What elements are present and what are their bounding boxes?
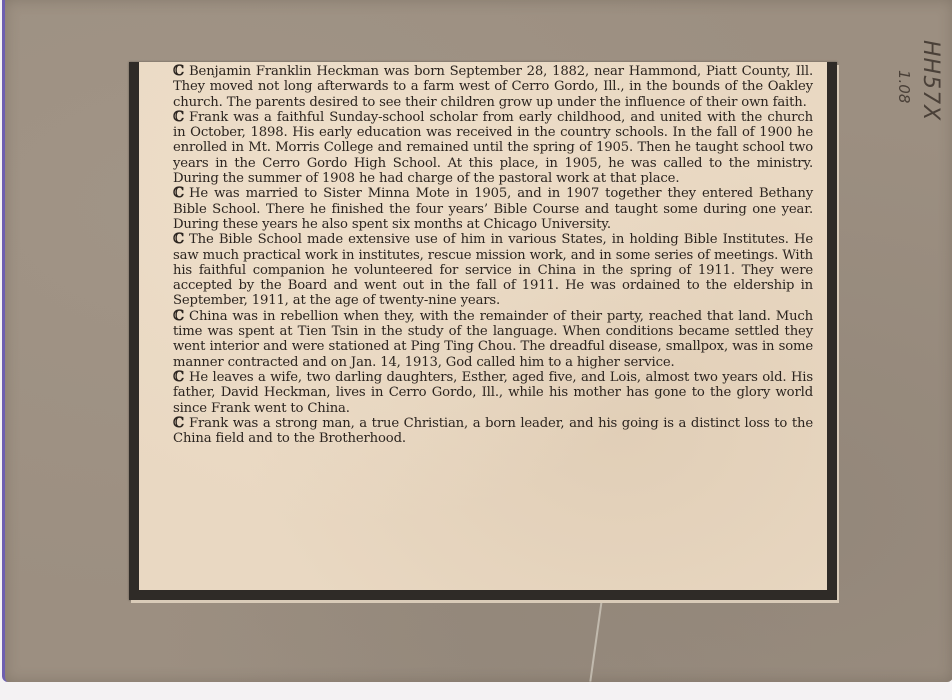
- paragraph: ℂHe was married to Sister Minna Mote in …: [173, 186, 813, 232]
- paragraph-mark-icon: ℂ: [173, 415, 184, 431]
- paragraph-mark-icon: ℂ: [173, 369, 184, 385]
- obituary-text: ℂBenjamin Franklin Heckman was born Sept…: [173, 64, 813, 446]
- handwritten-note: 1.08: [895, 70, 913, 103]
- handwritten-catalog-id: HH57X: [918, 40, 943, 121]
- paragraph: ℂFrank was a strong man, a true Christia…: [173, 416, 813, 447]
- paragraph-mark-icon: ℂ: [173, 63, 184, 79]
- paragraph: ℂHe leaves a wife, two darling daughters…: [173, 370, 813, 416]
- paragraph: ℂChina was in rebellion when they, with …: [173, 309, 813, 370]
- paragraph-mark-icon: ℂ: [173, 185, 184, 201]
- paragraph: ℂBenjamin Franklin Heckman was born Sept…: [173, 64, 813, 110]
- newspaper-clipping: ℂBenjamin Franklin Heckman was born Sept…: [129, 62, 837, 600]
- paragraph-mark-icon: ℂ: [173, 109, 184, 125]
- paragraph: ℂFrank was a faithful Sunday-school scho…: [173, 110, 813, 186]
- paragraph: ℂThe Bible School made extensive use of …: [173, 232, 813, 308]
- handwritten-annotation: HH57X 1.08: [885, 30, 945, 140]
- paragraph-mark-icon: ℂ: [173, 308, 184, 324]
- mounting-card: HH57X 1.08 ℂBenjamin Franklin Heckman wa…: [2, 0, 952, 682]
- paragraph-mark-icon: ℂ: [173, 231, 184, 247]
- card-crease: [589, 600, 602, 681]
